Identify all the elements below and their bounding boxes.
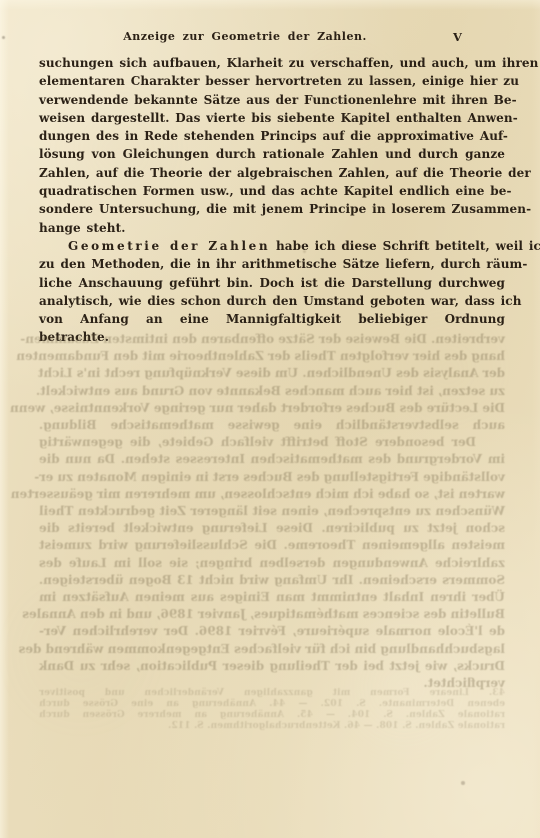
text-line: lösung von Gleichungen durch rationale Z… [39, 145, 505, 163]
text-line: hang des hier verfolgten Theils der Zahl… [39, 348, 505, 365]
text-line: Zahlen, auf die Theorie der algebraische… [39, 164, 505, 182]
text-line: zu setzen, ist hier auch manches Bekannt… [39, 383, 505, 400]
text-line: Die Lectüre des Buches erfordert daher n… [39, 400, 505, 417]
paragraph-2: Geometrie der Zahlen habe ich diese Schr… [39, 237, 505, 347]
text-line: der Analysis des Unendlichen. Um diese V… [39, 365, 505, 382]
text-line: vollständige Fertigstellung des Buches e… [39, 469, 505, 486]
text-line: Wünschen zu entsprechen, einen seit läng… [39, 503, 505, 520]
text-line: hange steht. [39, 219, 505, 237]
text-line: Über ihren Inhalt entnimmt man Einiges a… [39, 589, 505, 606]
text-line: auch selbstverständlich eine gewisse mat… [39, 417, 505, 434]
text-line: im Vordergrund des mathematischen Intere… [39, 451, 505, 468]
text-line: verwendende bekannte Sätze aus der Funct… [39, 91, 505, 109]
text-line: quadratischen Formen usw., und das achte… [39, 182, 505, 200]
text-line: sondere Untersuchung, die mit jenem Prin… [39, 200, 505, 218]
text-line: Geometrie der Zahlen habe ich diese Schr… [39, 237, 505, 255]
text-line: rationale Zahlen. S. 104. — 45. Annäheru… [39, 710, 505, 721]
paragraph-1: suchungen sich aufbauen, Klarheit zu ver… [39, 54, 505, 237]
text-line: Sommers erscheinen. Ihr Umfang wird nich… [39, 572, 505, 589]
spaced-emphasis: Geometrie der Zahlen [68, 239, 270, 253]
text-line: zahlreiche Anwendungen derselben bringen… [39, 555, 505, 572]
text-line: dungen des in Rede stehenden Princips au… [39, 127, 505, 145]
text-line: 43. Lineare Formen mit ganzzahligen Verä… [39, 688, 505, 699]
body-text: suchungen sich aufbauen, Klarheit zu ver… [39, 54, 505, 347]
page-number: V [453, 30, 462, 44]
text-line: de l'École normale supérieure, Février 1… [39, 623, 505, 640]
text-line: liche Anschauung geführt bin. Doch ist d… [39, 274, 505, 292]
running-header-title: Anzeige zur Geometrie der Zahlen. [0, 30, 490, 43]
text-line: Der besondere Stoff betrifft vielfach Ge… [39, 434, 505, 451]
text-line: warten ist, so habe ich mich entschlosse… [39, 486, 505, 503]
paper-speck [461, 781, 465, 785]
text-line: rationale Zahlen. S. 108. — 46. Kettenbr… [39, 721, 505, 732]
text-line: Drucks, wie jetzt bei der Theilung diese… [39, 658, 505, 675]
text-line: weisen dargestellt. Das vierte bis siebe… [39, 109, 505, 127]
text-line: verpflichtet. [39, 675, 505, 692]
text-line: suchungen sich aufbauen, Klarheit zu ver… [39, 54, 505, 72]
book-page: Anzeige zur Geometrie der Zahlen. V such… [0, 0, 540, 838]
text-line: meisten allgemeinen Theoreme. Die Schlus… [39, 537, 505, 554]
bleedthrough-footnote: 43. Lineare Formen mit ganzzahligen Verä… [39, 688, 505, 732]
text-line: zu den Methoden, die in ihr arithmetisch… [39, 255, 505, 273]
text-line: elementaren Charakter besser hervortrete… [39, 72, 505, 90]
text-line: von Anfang an eine Mannigfaltigkeit beli… [39, 310, 505, 347]
bleedthrough-text: verbreiten. Die Beweise der Sätze offenb… [39, 331, 505, 692]
text-line: lagsbuchhandlung bin ich für vielfaches … [39, 641, 505, 658]
text-line: Bulletin des sciences mathématiques, Jan… [39, 606, 505, 623]
text-line: schon jetzt zu publiciren. Diese Lieferu… [39, 520, 505, 537]
text-line: ebenen Determinante. S. 102. — 44. Annäh… [39, 699, 505, 710]
text-line: analytisch, wie dies schon durch den Ums… [39, 292, 505, 310]
